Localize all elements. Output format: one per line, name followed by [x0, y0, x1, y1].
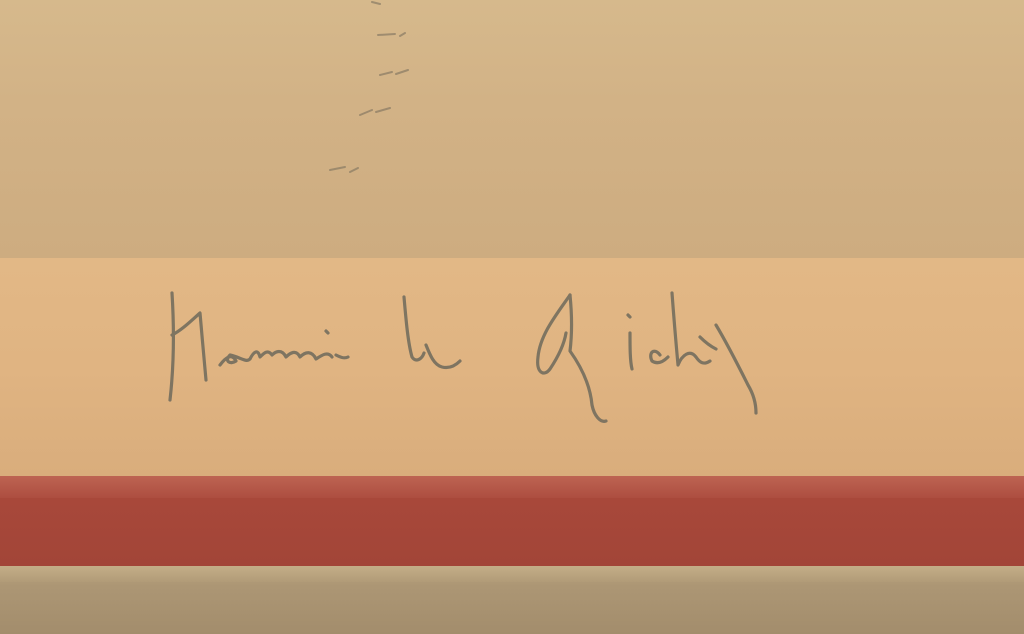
frame-mat-olive-bevel [0, 566, 1024, 582]
frame-mat-red-bevel [0, 476, 1024, 498]
pencil-signature [160, 265, 900, 445]
faint-pencil-marks [0, 0, 1024, 260]
